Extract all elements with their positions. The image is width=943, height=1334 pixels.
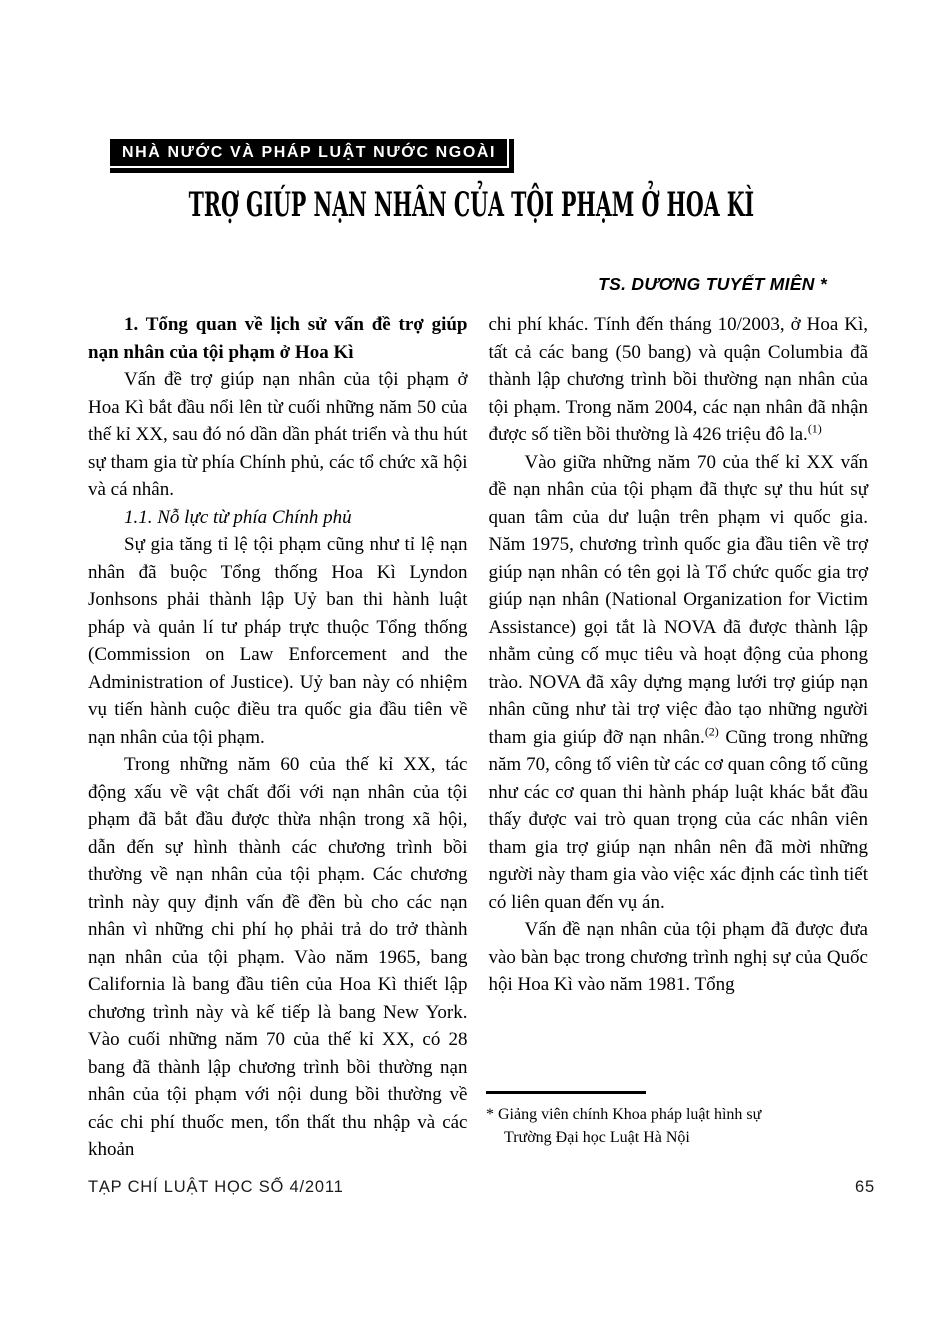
- section-heading: 1. Tổng quan về lịch sử vấn đề trợ giúp …: [88, 311, 468, 366]
- right-column: chi phí khác. Tính đến tháng 10/2003, ở …: [489, 311, 869, 1164]
- footnote-marker: (2): [705, 724, 719, 738]
- subsection-heading: 1.1. Nỗ lực từ phía Chính phủ: [88, 504, 468, 532]
- article-body: 1. Tổng quan về lịch sử vấn đề trợ giúp …: [88, 311, 868, 1164]
- footnote-divider: [486, 1091, 646, 1094]
- footnote-line-1: * Giảng viên chính Khoa pháp luật hình s…: [486, 1103, 868, 1126]
- author-byline: TS. DƯƠNG TUYẾT MIÊN *: [598, 274, 827, 295]
- section-banner-label: NHÀ NƯỚC VÀ PHÁP LUẬT NƯỚC NGOÀI: [122, 144, 496, 161]
- footnote-marker: (1): [808, 422, 822, 436]
- paragraph: Vấn đề nạn nhân của tội phạm đã được đưa…: [489, 916, 869, 999]
- paragraph: Trong những năm 60 của thế kỉ XX, tác độ…: [88, 751, 468, 1164]
- article-title: TRỢ GIÚP NẠN NHÂN CỦA TỘI PHẠM Ở HOA KÌ: [85, 185, 858, 224]
- paragraph: Vào giữa những năm 70 của thế kỉ XX vấn …: [489, 449, 869, 917]
- page-number: 65: [855, 1178, 875, 1197]
- left-column: 1. Tổng quan về lịch sử vấn đề trợ giúp …: [88, 311, 468, 1164]
- journal-name: TẠP CHÍ LUẬT HỌC SỐ 4/2011: [88, 1178, 344, 1197]
- footnote: * Giảng viên chính Khoa pháp luật hình s…: [486, 1091, 868, 1149]
- footnote-line-2: Trường Đại học Luật Hà Nội: [486, 1126, 868, 1149]
- section-banner: NHÀ NƯỚC VÀ PHÁP LUẬT NƯỚC NGOÀI: [110, 139, 514, 173]
- page-footer: TẠP CHÍ LUẬT HỌC SỐ 4/2011 65: [88, 1178, 875, 1197]
- paragraph: Vấn đề trợ giúp nạn nhân của tội phạm ở …: [88, 366, 468, 504]
- journal-page: NHÀ NƯỚC VÀ PHÁP LUẬT NƯỚC NGOÀI TRỢ GIÚ…: [0, 0, 943, 1334]
- paragraph: chi phí khác. Tính đến tháng 10/2003, ở …: [489, 311, 869, 449]
- paragraph: Sự gia tăng tỉ lệ tội phạm cũng như tỉ l…: [88, 531, 468, 751]
